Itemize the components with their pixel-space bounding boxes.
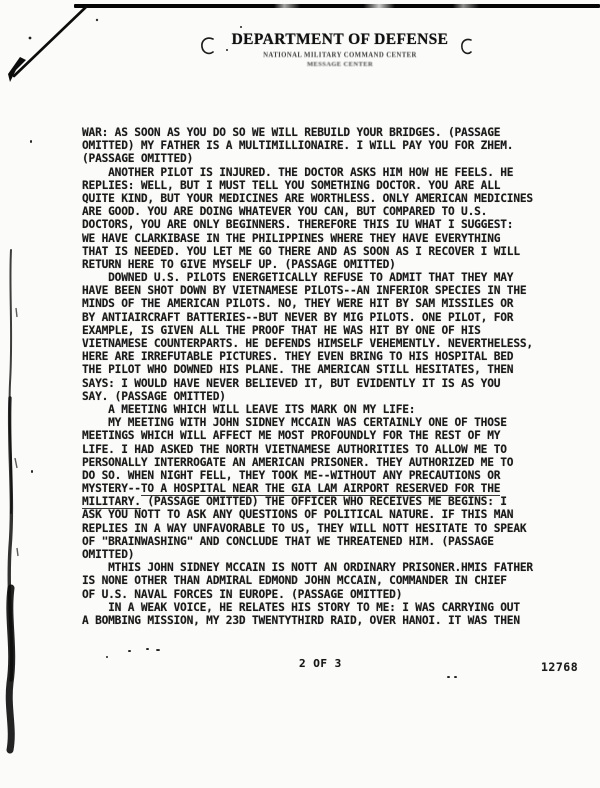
document-line: A MEETING WHICH WILL LEAVE ITS MARK ON M…: [82, 403, 562, 416]
scan-corner-fold: [0, 0, 110, 100]
document-line: SAYS: I WOULD HAVE NEVER BELIEVED IT, BU…: [82, 377, 562, 390]
document-line: RETURN HERE TO GIVE MYSELF UP. (PASSAGE …: [82, 258, 562, 271]
document-title: DEPARTMENT OF DEFENSE: [160, 31, 520, 49]
document-line: IN A WEAK VOICE, HE RELATES HIS STORY TO…: [82, 601, 562, 614]
document-line: MINDS OF THE AMERICAN PILOTS. NO, THEY W…: [82, 297, 562, 310]
document-line: ANOTHER PILOT IS INJURED. THE DOCTOR ASK…: [82, 166, 562, 179]
scan-edge-line: [74, 4, 600, 8]
document-line: HERE ARE IRREFUTABLE PICTURES. THEY EVEN…: [82, 350, 562, 363]
document-line: EXAMPLE, IS GIVEN ALL THE PROOF THAT HE …: [82, 324, 562, 337]
document-line: BY ANTIAIRCRAFT BATTERIES--BUT NEVER BY …: [82, 311, 562, 324]
document-line: DO SO. WHEN NIGHT FELL, THEY TOOK ME--WI…: [82, 469, 562, 482]
document-line: (PASSAGE OMITTED): [82, 152, 562, 165]
document-line: MYSTERY--TO A HOSPITAL NEAR THE GIA LAM …: [82, 482, 562, 495]
document-line: MY MEETING WITH JOHN SIDNEY MCCAIN WAS C…: [82, 416, 562, 429]
document-line: OF "BRAINWASHING" AND CONCLUDE THAT WE T…: [82, 535, 562, 548]
document-line: ASK YOU NOTT TO ASK ANY QUESTIONS OF POL…: [82, 508, 562, 521]
document-line: PERSONALLY INTERROGATE AN AMERICAN PRISO…: [82, 456, 562, 469]
scan-speck: [240, 26, 242, 28]
document-line: REPLIES IN A WAY UNFAVORABLE TO US, THEY…: [82, 522, 562, 535]
scan-left-streak: [2, 248, 22, 756]
document-line: WE HAVE CLARKIBASE IN THE PHILIPPINES WH…: [82, 232, 562, 245]
document-subtitle-message-center: MESSAGE CENTER: [160, 61, 520, 68]
scan-speck: [156, 649, 160, 651]
document-line: QUITE KIND, BUT YOUR MEDICINES ARE WORTH…: [82, 192, 562, 205]
document-body: WAR: AS SOON AS YOU DO SO WE WILL REBUIL…: [82, 126, 562, 627]
document-line: THE PILOT WHO DOWNED HIS PLANE. THE AMER…: [82, 363, 562, 376]
scan-speck: [128, 650, 131, 652]
scan-speck: [146, 648, 149, 650]
document-line: OMITTED) MY FATHER IS A MULTIMILLIONAIRE…: [82, 139, 562, 152]
document-line: IS NONE OTHER THAN ADMIRAL EDMOND JOHN M…: [82, 574, 562, 587]
scan-speck: [30, 140, 32, 143]
document-line: SAY. (PASSAGE OMITTED): [82, 390, 562, 403]
document-line: THAT IS NEEDED. YOU LET ME GO THERE AND …: [82, 245, 562, 258]
document-line: MTHIS JOHN SIDNEY MCCAIN IS NOTT AN ORDI…: [82, 561, 562, 574]
document-line: HAVE BEEN SHOT DOWN BY VIETNAMESE PILOTS…: [82, 284, 562, 297]
scan-speck: [454, 676, 457, 678]
document-serial-number: 12768: [541, 660, 578, 674]
document-line: ARE GOOD. YOU ARE DOING WHATEVER YOU CAN…: [82, 205, 562, 218]
scan-speck: [106, 656, 108, 658]
page-number-label: 2 OF 3: [299, 657, 342, 670]
document-line: REPLIES: WELL, BUT I MUST TELL YOU SOMET…: [82, 179, 562, 192]
scan-speck: [226, 49, 228, 51]
document-line: DOWNED U.S. PILOTS ENERGETICALLY REFUSE …: [82, 271, 562, 284]
scan-speck: [447, 676, 450, 678]
document-line: LIFE. I HAD ASKED THE NORTH VIETNAMESE A…: [82, 443, 562, 456]
scanned-document-page: DEPARTMENT OF DEFENSE NATIONAL MILITARY …: [0, 0, 600, 788]
document-line: OF U.S. NAVAL FORCES IN EUROPE. (PASSAGE…: [82, 588, 562, 601]
document-line: WAR: AS SOON AS YOU DO SO WE WILL REBUIL…: [82, 126, 562, 139]
document-line: DOCTORS, YOU ARE ONLY BEGINNERS. THEREFO…: [82, 218, 562, 231]
scan-speck: [31, 470, 33, 473]
document-line: A BOMBING MISSION, MY 23D TWENTYTHIRD RA…: [82, 614, 562, 627]
document-line: MILITARY. (PASSAGE OMITTED) THE OFFICER …: [82, 495, 562, 508]
document-line: VIETNAMESE COUNTERPARTS. HE DEFENDS HIMS…: [82, 337, 562, 350]
document-subtitle-command-center: NATIONAL MILITARY COMMAND CENTER: [165, 51, 514, 59]
document-line: OMITTED): [82, 548, 562, 561]
document-line: MEETINGS WHICH WILL AFFECT ME MOST PROFO…: [82, 429, 562, 442]
